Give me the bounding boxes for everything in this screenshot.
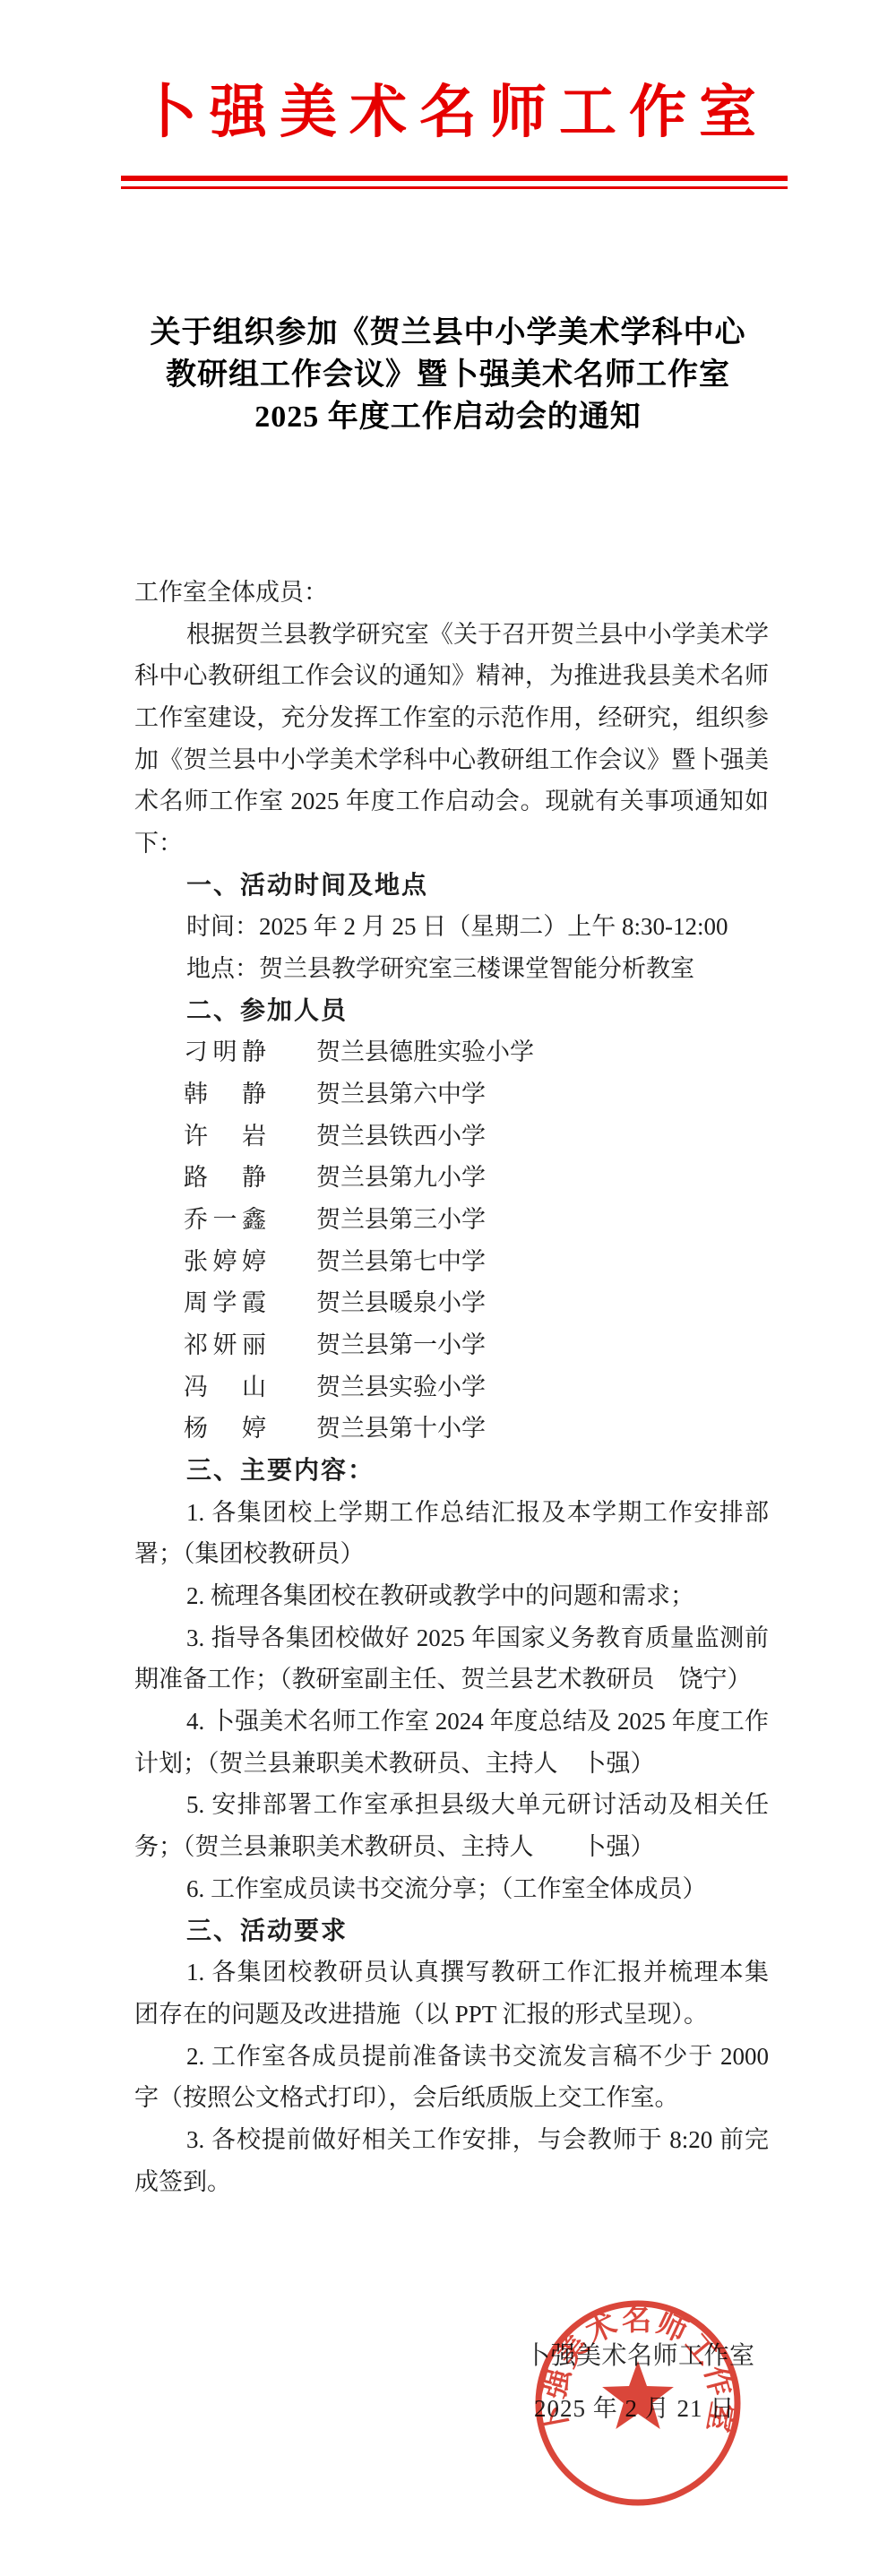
body-line: 时间：2025 年 2 月 25 日（星期二）上午 8:30-12:00 [134,906,769,948]
body-text: 工作室全体成员：根据贺兰县教学研究室《关于召开贺兰县中小学美术学科中心教研组工作… [134,572,769,2202]
body-line: 下： [134,823,769,865]
participant-name: 冯山 [184,1366,266,1409]
participant-row: 韩静贺兰县第六中学 [134,1073,769,1116]
participant-name: 刁明静 [184,1031,266,1073]
body-line: 5. 安排部署工作室承担县级大单元研讨活动及相关任 [134,1784,769,1826]
participant-row: 张婷婷贺兰县第七中学 [134,1241,769,1283]
body-line: 1. 各集团校上学期工作总结汇报及本学期工作安排部 [134,1492,769,1534]
doc-title-line: 教研组工作会议》暨卜强美术名师工作室 [0,354,896,396]
document-page: 卜强美术名师工作室 关于组织参加《贺兰县中小学美术学科中心教研组工作会议》暨卜强… [0,0,896,2576]
body-line: 署；（集团校教研员） [134,1533,769,1575]
body-line: 团存在的问题及改进措施（以 PPT 汇报的形式呈现）。 [134,1994,769,2036]
body-line: 务；（贺兰县兼职美术教研员、主持人 卜强） [134,1826,769,1868]
body-line: 根据贺兰县教学研究室《关于召开贺兰县中小学美术学 [134,614,769,656]
participant-row: 杨婷贺兰县第十小学 [134,1408,769,1450]
participant-name: 张婷婷 [184,1241,266,1283]
body-line: 字（按照公文格式打印），会后纸质版上交工作室。 [134,2077,769,2119]
participant-row: 乔一鑫贺兰县第三小学 [134,1199,769,1241]
participant-row: 刁明静贺兰县德胜实验小学 [134,1031,769,1073]
participant-name: 周学霞 [184,1282,266,1324]
body-line: 3. 各校提前做好相关工作安排，与会教师于 8:20 前完 [134,2119,769,2161]
doc-title-line: 2025 年度工作启动会的通知 [0,396,896,438]
body-line: 2. 工作室各成员提前准备读书交流发言稿不少于 2000 [134,2036,769,2078]
participant-school: 贺兰县实验小学 [316,1366,486,1409]
body-line: 成签到。 [134,2161,769,2203]
body-line: 术名师工作室 2025 年度工作启动会。现就有关事项通知如 [134,780,769,823]
header-rule-thick [121,176,788,181]
participant-name: 祁妍丽 [184,1324,266,1366]
body-line: 1. 各集团校教研员认真撰写教研工作汇报并梳理本集 [134,1951,769,1994]
participant-school: 贺兰县暖泉小学 [316,1282,486,1324]
body-line: 工作室建设，充分发挥工作室的示范作用，经研究，组织参 [134,697,769,739]
body-line: 科中心教研组工作会议的通知》精神，为推进我县美术名师 [134,655,769,697]
participant-name: 韩静 [184,1073,266,1116]
participant-name: 杨婷 [184,1408,266,1450]
body-line: 期准备工作；（教研室副主任、贺兰县艺术教研员 饶宁） [134,1658,769,1701]
body-line: 加《贺兰县中小学美术学科中心教研组工作会议》暨卜强美 [134,739,769,781]
participant-name: 乔一鑫 [184,1199,266,1241]
participant-school: 贺兰县德胜实验小学 [316,1031,534,1073]
participant-name: 许岩 [184,1116,266,1158]
participant-school: 贺兰县第一小学 [316,1324,486,1366]
participant-school: 贺兰县第三小学 [316,1199,486,1241]
doc-title-line: 关于组织参加《贺兰县中小学美术学科中心 [0,312,896,354]
body-line: 3. 指导各集团校做好 2025 年国家义务教育质量监测前 [134,1617,769,1659]
participant-row: 周学霞贺兰县暖泉小学 [134,1282,769,1324]
body-line: 计划；（贺兰县兼职美术教研员、主持人 卜强） [134,1743,769,1785]
seal-star-icon [602,2361,674,2429]
participant-row: 许岩贺兰县铁西小学 [134,1116,769,1158]
section-heading: 三、活动要求 [134,1910,769,1952]
body-line: 地点：贺兰县教学研究室三楼课堂智能分析教室 [134,948,769,990]
section-heading: 三、主要内容： [134,1450,769,1492]
participant-school: 贺兰县第六中学 [316,1073,486,1116]
body-line: 6. 工作室成员读书交流分享；（工作室全体成员） [134,1868,769,1910]
participant-school: 贺兰县第九小学 [316,1157,486,1199]
official-seal: 卜强美术名师工作室 [526,2291,750,2515]
participant-row: 祁妍丽贺兰县第一小学 [134,1324,769,1366]
body-line: 4. 卜强美术名师工作室 2024 年度总结及 2025 年度工作 [134,1701,769,1743]
masthead-title: 卜强美术名师工作室 [0,68,896,158]
participant-school: 贺兰县第十小学 [316,1408,486,1450]
body-line: 工作室全体成员： [134,572,769,614]
participant-school: 贺兰县第七中学 [316,1241,486,1283]
participant-school: 贺兰县铁西小学 [316,1116,486,1158]
section-heading: 一、活动时间及地点 [134,865,769,907]
section-heading: 二、参加人员 [134,990,769,1032]
header-rule-thin [121,186,788,189]
body-line: 2. 梳理各集团校在教研或教学中的问题和需求； [134,1575,769,1617]
participant-name: 路静 [184,1157,266,1199]
participant-row: 路静贺兰县第九小学 [134,1157,769,1199]
participant-row: 冯山贺兰县实验小学 [134,1366,769,1409]
doc-title: 关于组织参加《贺兰县中小学美术学科中心教研组工作会议》暨卜强美术名师工作室202… [0,312,896,438]
